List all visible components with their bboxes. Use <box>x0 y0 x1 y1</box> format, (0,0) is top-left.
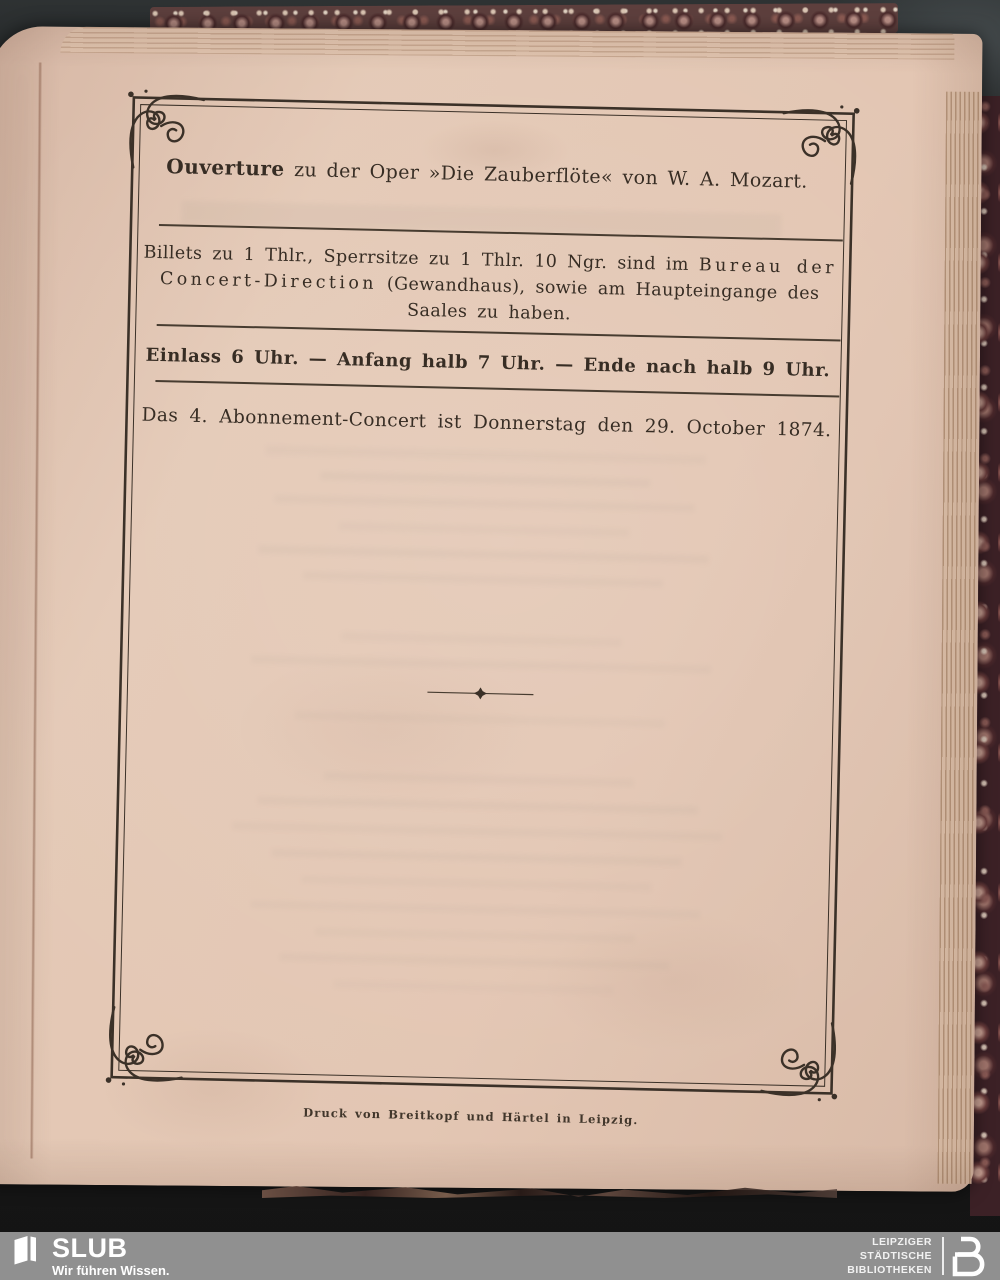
fleuron-divider-icon <box>425 685 535 701</box>
slub-wordmark: SLUB <box>52 1235 170 1261</box>
library-name: LEIPZIGER STÄDTISCHE BIBLIOTHEKEN <box>847 1235 932 1278</box>
printer-imprint: Druck von Breitkopf und Härtel in Leipzi… <box>101 1101 841 1132</box>
ticket-info-line2-spaced: Concert-Direction <box>160 269 377 294</box>
footer-separator-line <box>942 1237 944 1275</box>
printed-program-block: Ouverture zu der Oper »Die Zauberflöte« … <box>100 87 864 1154</box>
scanned-page: Ouverture zu der Oper »Die Zauberflöte« … <box>0 26 983 1192</box>
ornamental-border-frame <box>101 87 863 1104</box>
ticket-info-line1-spaced: Bureau der <box>699 255 837 278</box>
scanned-book-viewer: { "document": { "title": { "lead": "Ouve… <box>0 0 1000 1280</box>
library-name-line2: STÄDTISCHE <box>847 1249 932 1263</box>
page-stack-right-edges <box>938 92 981 1184</box>
lsb-b-icon <box>946 1234 994 1278</box>
binding-gutter-fold <box>30 62 43 1158</box>
title-lead-word: Ouverture <box>166 154 285 181</box>
library-name-line3: BIBLIOTHEKEN <box>847 1263 932 1277</box>
slub-tagline: Wir führen Wissen. <box>52 1263 170 1278</box>
slub-text-block: SLUB Wir führen Wissen. <box>52 1235 170 1278</box>
slub-logo: SLUB Wir führen Wissen. <box>13 1235 170 1278</box>
slub-book-icon <box>13 1235 38 1266</box>
library-name-line1: LEIPZIGER <box>847 1235 932 1249</box>
library-watermark-bar: SLUB Wir führen Wissen. LEIPZIGER STÄDTI… <box>0 1232 1000 1280</box>
